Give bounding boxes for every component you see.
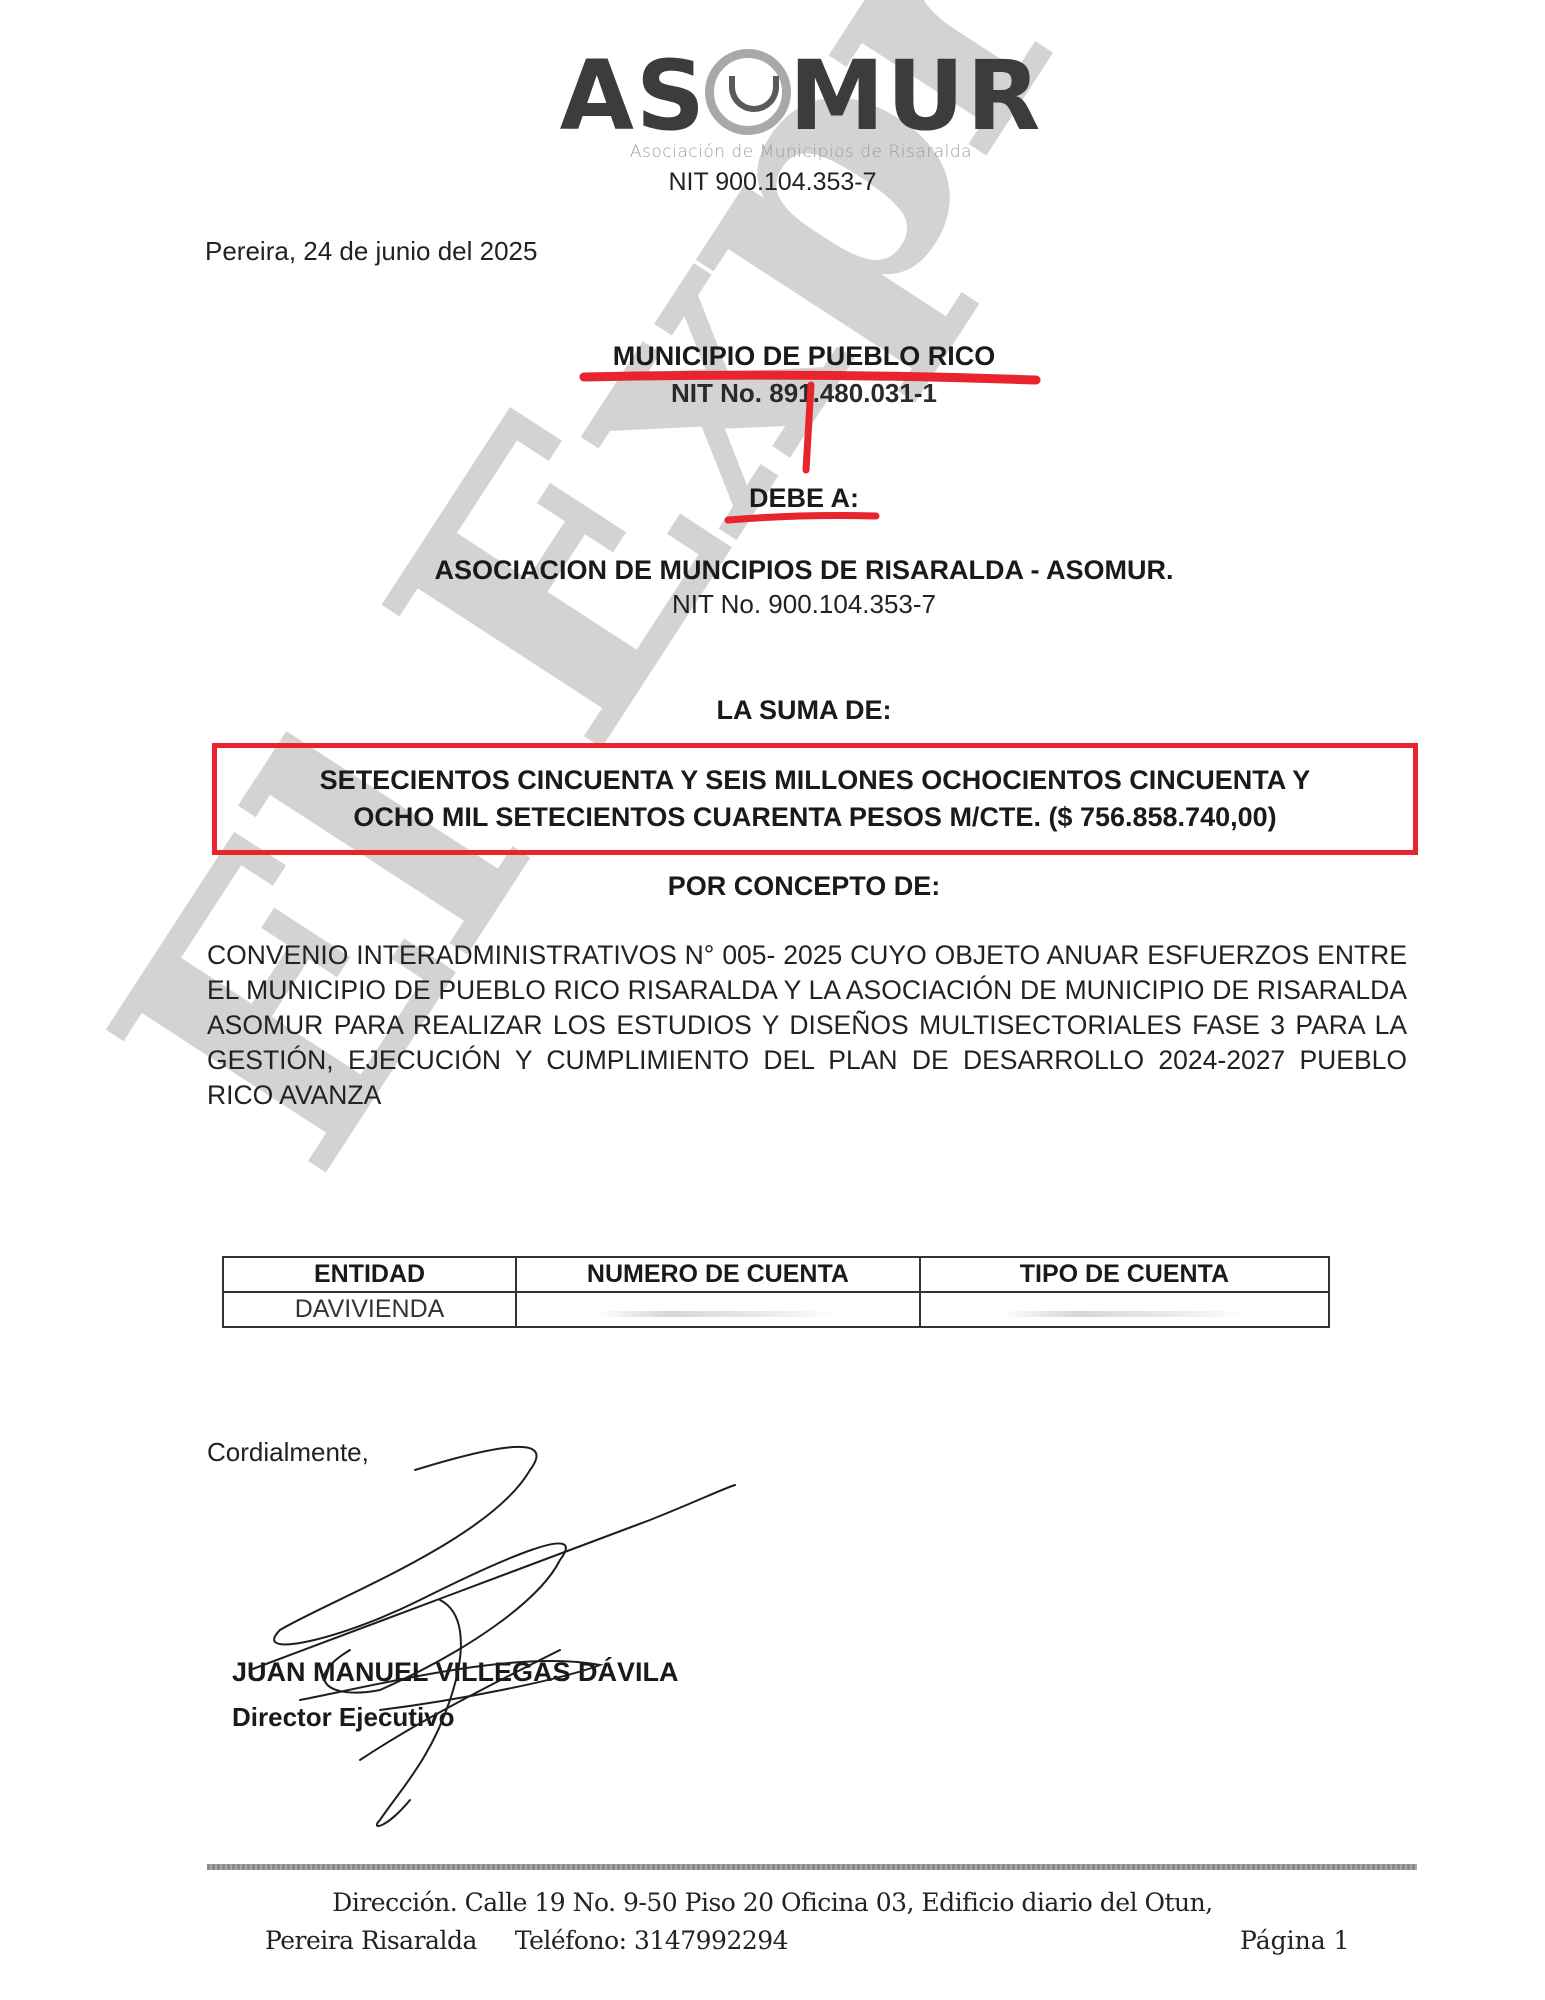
footer-divider — [207, 1864, 1417, 1870]
debtor-underline — [584, 375, 1036, 380]
page-number: Página 1 — [1240, 1926, 1349, 1955]
owes-underline — [728, 516, 876, 521]
red-annotations — [584, 375, 1036, 520]
connector-line — [806, 385, 811, 470]
footer-phone: Teléfono: 3147992294 — [515, 1926, 788, 1955]
footer-city: Pereira Risaralda — [265, 1926, 477, 1955]
footer-contact: Pereira RisaraldaTeléfono: 3147992294 — [265, 1926, 788, 1955]
footer-address: Dirección. Calle 19 No. 9-50 Piso 20 Ofi… — [0, 1888, 1545, 1917]
annotation-overlay — [0, 0, 1545, 2000]
signature — [250, 1447, 735, 1826]
